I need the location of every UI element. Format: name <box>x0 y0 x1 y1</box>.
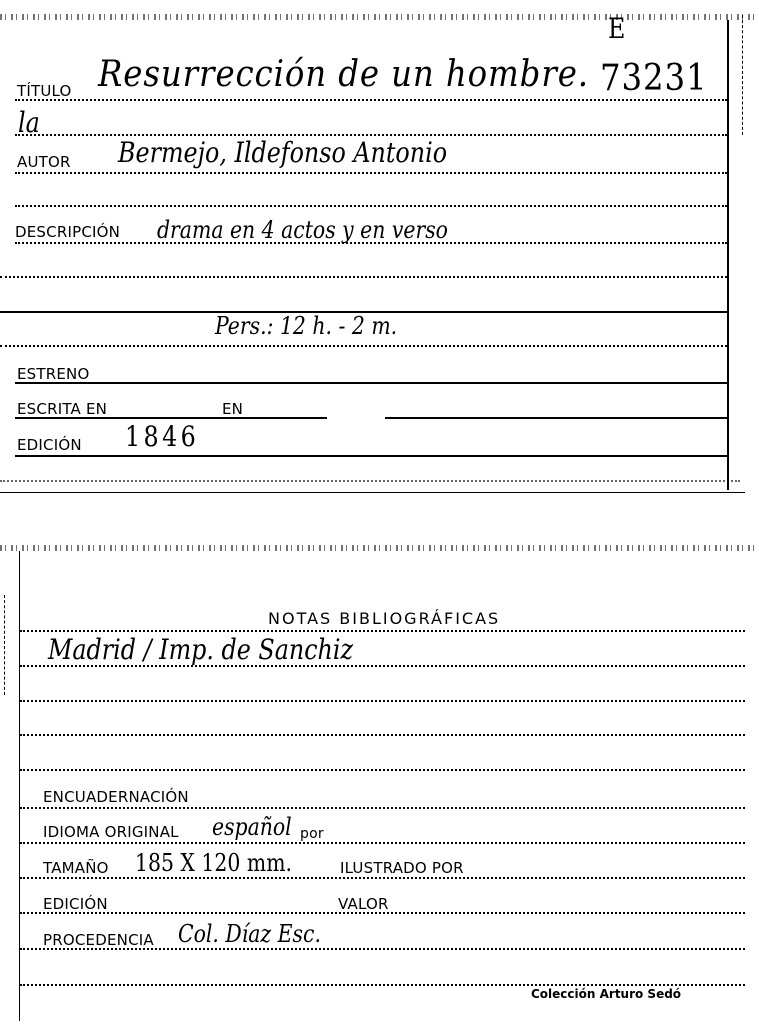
titulo-label: TÍTULO <box>17 82 72 100</box>
escrita-en-label: ESCRITA EN <box>17 400 107 418</box>
notas-line-5 <box>20 769 745 771</box>
edicion-value: 1846 <box>125 420 199 453</box>
tamano-value: 185 X 120 mm. <box>135 849 292 877</box>
scan-noise-left <box>4 595 5 695</box>
personajes-note: Pers.: 12 h. - 2 m. <box>215 312 397 340</box>
notas-line-4 <box>20 734 745 736</box>
blank-line-2 <box>0 276 727 278</box>
edicion-line <box>15 455 727 457</box>
edicion-label: EDICIÓN <box>43 895 108 913</box>
card-bottom-dotted <box>0 480 740 482</box>
estreno-line <box>15 382 727 384</box>
descripcion-value: drama en 4 actos y en verso <box>157 216 448 244</box>
tamano-label: TAMAÑO <box>43 859 109 877</box>
notas-line-1 <box>20 630 745 632</box>
catalog-number: 73231 <box>600 58 708 99</box>
procedencia-line <box>20 948 745 950</box>
scan-noise-top <box>0 545 759 551</box>
autor-value: Bermejo, Ildefonso Antonio <box>118 136 447 169</box>
en-line <box>385 417 727 419</box>
descripcion-line <box>15 242 727 244</box>
titulo-line <box>15 99 727 101</box>
card-right-border <box>727 20 729 490</box>
catalog-card-back: NOTAS BIBLIOGRÁFICAS Madrid / Imp. de Sa… <box>0 535 759 1028</box>
titulo-value: Resurrección de un hombre. <box>98 54 589 95</box>
descripcion-label: DESCRIPCIÓN <box>15 223 120 241</box>
en-label: EN <box>222 400 243 418</box>
procedencia-label: PROCEDENCIA <box>43 931 154 949</box>
encuadernacion-line <box>20 807 745 809</box>
procedencia-value: Col. Díaz Esc. <box>178 920 321 948</box>
catalog-mark: E <box>608 12 625 45</box>
idioma-original-value: español <box>212 813 292 841</box>
catalog-card-front: TÍTULO Resurrección de un hombre. E 7323… <box>0 0 759 500</box>
tamano-line <box>20 877 745 879</box>
edicion-label: EDICIÓN <box>17 436 82 454</box>
notas-line-2 <box>20 665 745 667</box>
escrita-en-line <box>15 417 327 419</box>
edicion-valor-line <box>20 912 745 914</box>
card-left-border <box>19 551 20 1021</box>
collection-footer: Colección Arturo Sedó <box>531 987 681 1001</box>
estreno-label: ESTRENO <box>17 365 90 383</box>
scan-noise-right <box>742 15 743 135</box>
autor-label: AUTOR <box>17 153 71 171</box>
encuadernacion-label: ENCUADERNACIÓN <box>43 788 189 806</box>
personajes-line <box>0 345 727 347</box>
ilustrado-por-label: ILUSTRADO POR <box>340 859 464 877</box>
blank-line-1 <box>15 205 727 207</box>
idioma-original-label: IDIOMA ORIGINAL <box>43 823 179 841</box>
autor-line <box>15 172 727 174</box>
card-bottom-edge <box>0 492 745 493</box>
idioma-por-label: por <box>300 826 324 842</box>
notas-heading: NOTAS BIBLIOGRÁFICAS <box>268 609 500 628</box>
notas-line-3 <box>20 700 745 702</box>
scan-noise-top <box>0 14 759 20</box>
notas-value: Madrid / Imp. de Sanchiz <box>48 633 353 666</box>
valor-label: VALOR <box>338 895 389 913</box>
idioma-original-line <box>20 842 745 844</box>
card-bottom-line <box>20 984 745 986</box>
